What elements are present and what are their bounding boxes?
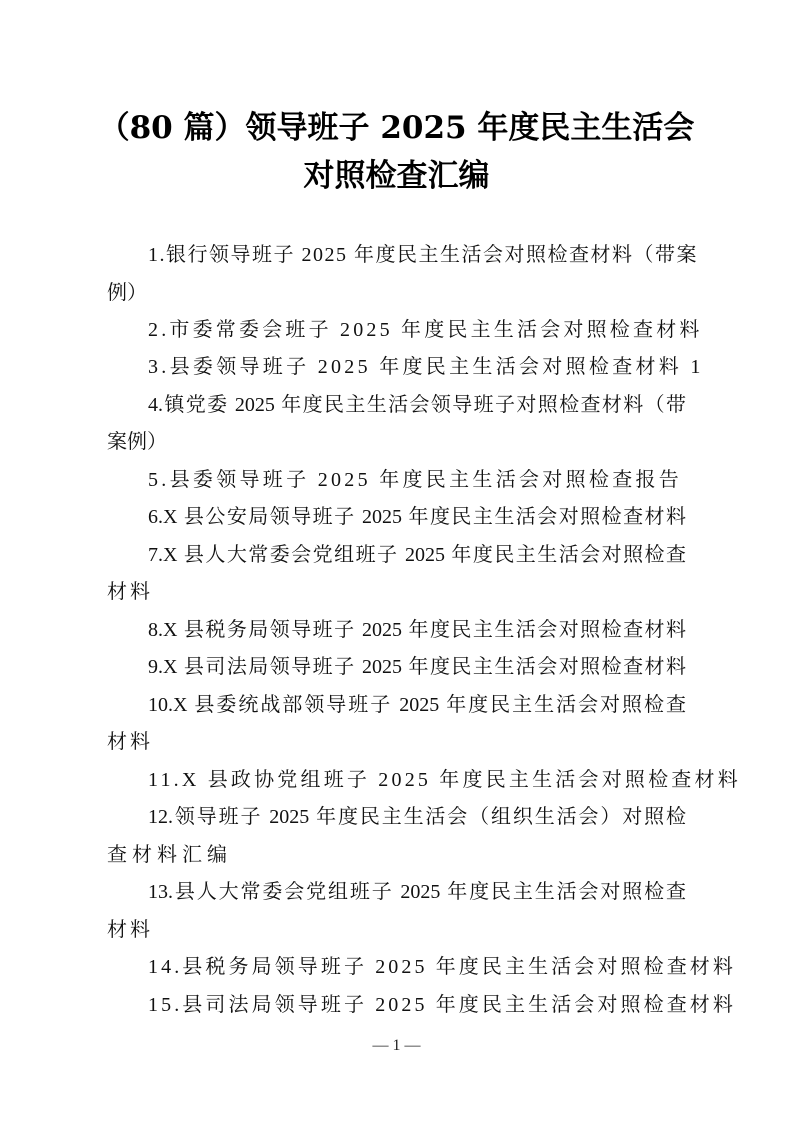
toc-item-13-line-1: 13.县人大常委会党组班子 2025 年度民主生活会对照检查 (148, 878, 686, 906)
toc-item-8: 8.X 县税务局领导班子 2025 年度民主生活会对照检查材料 (148, 616, 686, 644)
toc-item-15: 15.县司法局领导班子 2025 年度民主生活会对照检查材料 (148, 991, 736, 1019)
document-title-line-2: 对照检查汇编 (0, 156, 793, 196)
toc-item-7-line-1: 7.X 县人大常委会党组班子 2025 年度民主生活会对照检查 (148, 541, 686, 569)
toc-item-7-line-2: 材料 (107, 578, 153, 606)
toc-item-3: 3.县委领导班子 2025 年度民主生活会对照检查材料 1 (148, 353, 704, 381)
toc-item-5: 5.县委领导班子 2025 年度民主生活会对照检查报告 (148, 466, 682, 494)
document-title-line-1: （80 篇）领导班子 2025 年度民主生活会 (0, 108, 793, 148)
toc-item-9: 9.X 县司法局领导班子 2025 年度民主生活会对照检查材料 (148, 653, 686, 681)
toc-item-4-line-2: 案例） (107, 428, 167, 456)
toc-item-10-line-1: 10.X 县委统战部领导班子 2025 年度民主生活会对照检查 (148, 691, 686, 719)
toc-item-6: 6.X 县公安局领导班子 2025 年度民主生活会对照检查材料 (148, 503, 686, 531)
toc-item-10-line-2: 材料 (107, 728, 153, 756)
toc-item-13-line-2: 材料 (107, 916, 153, 944)
toc-item-1-line-2: 例） (107, 279, 147, 307)
toc-item-1-line-1: 1.银行领导班子 2025 年度民主生活会对照检查材料（带案 (148, 241, 686, 269)
toc-item-11: 11.X 县政协党组班子 2025 年度民主生活会对照检查材料 (148, 766, 741, 794)
toc-item-14: 14.县税务局领导班子 2025 年度民主生活会对照检查材料 (148, 953, 736, 981)
document-page: （80 篇）领导班子 2025 年度民主生活会 对照检查汇编 1.银行领导班子 … (0, 0, 793, 1122)
page-number: — 1 — (0, 1037, 793, 1055)
toc-item-12-line-2: 查材料汇编 (107, 841, 232, 869)
toc-item-4-line-1: 4.镇党委 2025 年度民主生活会领导班子对照检查材料（带 (148, 391, 686, 419)
toc-item-2: 2.市委常委会班子 2025 年度民主生活会对照检查材料 (148, 316, 703, 344)
toc-item-12-line-1: 12.领导班子 2025 年度民主生活会（组织生活会）对照检 (148, 803, 686, 831)
